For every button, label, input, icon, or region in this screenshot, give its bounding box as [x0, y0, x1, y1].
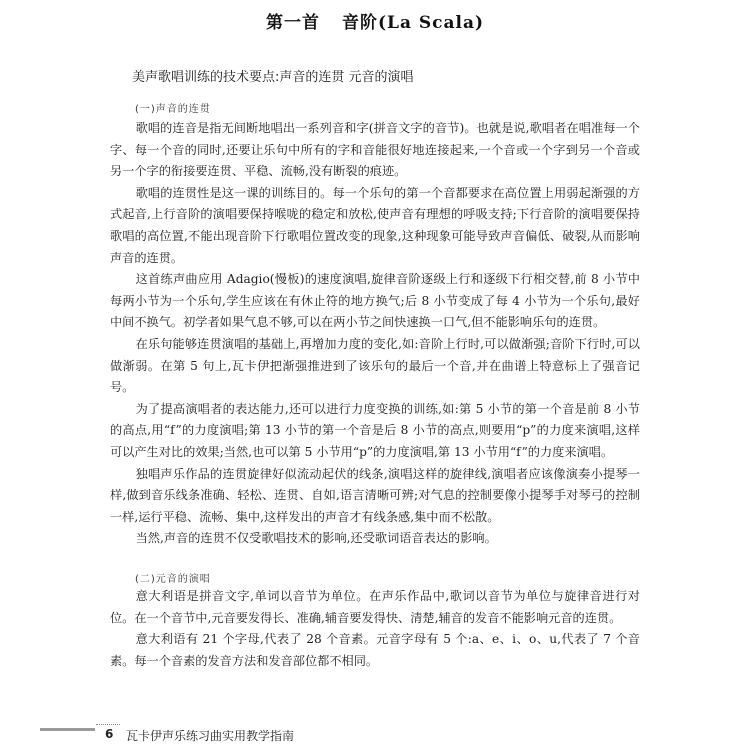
paragraph: 在乐句能够连贯演唱的基础上,再增加力度的变化,如:音阶上行时,可以做渐强;音阶下… [110, 334, 640, 399]
chapter-number: 第一首 [266, 13, 320, 33]
paragraph: 歌唱的连贯性是这一课的训练目的。每一个乐句的第一个音都要求在高位置上用弱起渐强的… [110, 183, 640, 269]
paragraph: 独唱声乐作品的连贯旋律好似流动起伏的线条,演唱这样的旋律线,演唱者应该像演奏小提… [110, 464, 640, 529]
paragraph: 意大利语有 21 个字母,代表了 28 个音素。元音字母有 5 个:a、e、i、… [110, 629, 640, 672]
section-heading-legato: (一)声音的连贯 [135, 100, 211, 115]
lesson-subtitle: 美声歌唱训练的技术要点:声音的连贯 元音的演唱 [132, 66, 414, 85]
footer-dotted-line [96, 724, 120, 725]
paragraph: 为了提高演唱者的表达能力,还可以进行力度变换的训练,如:第 5 小节的第一个音是… [110, 399, 640, 464]
book-title: 瓦卡伊声乐练习曲实用教学指南 [126, 727, 294, 744]
page-title: 第一首音阶(La Scala) [0, 8, 750, 33]
paragraph: 这首练声曲应用 Adagio(慢板)的速度演唱,旋律音阶逐级上行和逐级下行相交替… [110, 269, 640, 334]
paragraph: 意大利语是拼音文字,单词以音节为单位。在声乐作品中,歌词以音节为单位与旋律音进行… [110, 586, 640, 629]
paragraph: 歌唱的连音是指无间断地唱出一系列音和字(拼音文字的音节)。也就是说,歌唱者在唱准… [110, 118, 640, 183]
section-body-legato: 歌唱的连音是指无间断地唱出一系列音和字(拼音文字的音节)。也就是说,歌唱者在唱准… [110, 118, 640, 550]
page-footer: 6 瓦卡伊声乐练习曲实用教学指南 [40, 721, 440, 741]
chapter-title: 音阶(La Scala) [342, 13, 484, 33]
section-heading-vowels: (二)元音的演唱 [135, 570, 211, 585]
footer-rule [40, 728, 95, 731]
section-body-vowels: 意大利语是拼音文字,单词以音节为单位。在声乐作品中,歌词以音节为单位与旋律音进行… [110, 586, 640, 672]
page-number: 6 [105, 727, 113, 741]
paragraph: 当然,声音的连贯不仅受歌唱技术的影响,还受歌词语音表达的影响。 [110, 528, 640, 550]
